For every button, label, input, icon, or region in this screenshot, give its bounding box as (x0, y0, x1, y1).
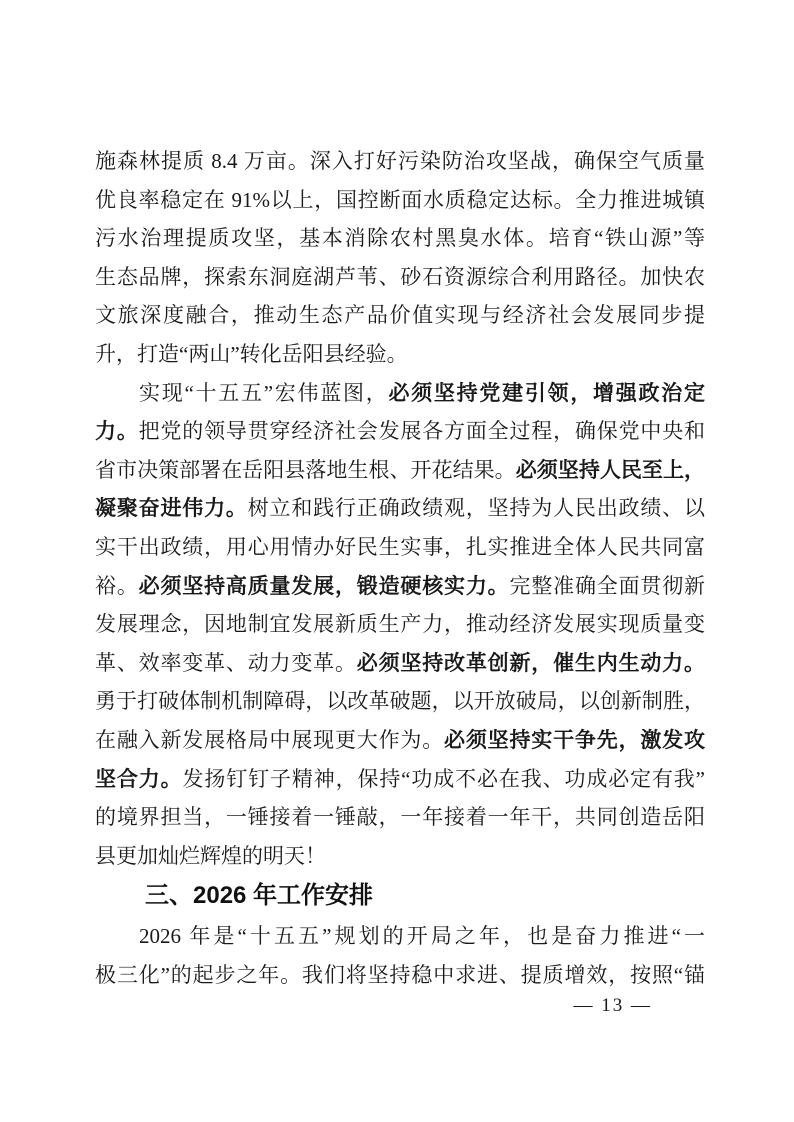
text-run: 的境界担当，一锤接着一锤敲，一年接着一年干，共同创造岳阳 (95, 805, 705, 829)
text-run: 县更加灿烂辉煌的明天！ (95, 844, 326, 868)
text-line: 力。把党的领导贯穿经济社会发展各方面全过程，确保党中央和 (95, 412, 705, 451)
text-line: 升，打造“两山”转化岳阳县经验。 (95, 335, 705, 374)
text-run: 裕。 (95, 574, 139, 598)
text-run: 勇于打破体制机制障碍，以改革破题，以开放破局，以创新制胜， (95, 689, 705, 713)
text-line: 文旅深度融合，推动生态产品价值实现与经济社会发展同步提 (95, 296, 705, 335)
paragraph-ecology-continuation: 施森林提质 8.4 万亩。深入打好污染防治攻坚战，确保空气质量优良率稳定在 91… (95, 142, 705, 374)
text-line: 勇于打破体制机制障碍，以改革破题，以开放破局，以创新制胜， (95, 682, 705, 721)
document-body: 施森林提质 8.4 万亩。深入打好污染防治攻坚战，确保空气质量优良率稳定在 91… (95, 142, 705, 994)
page-number: — 13 — (574, 994, 653, 1018)
text-line: 革、效率变革、动力变革。必须坚持改革创新，催生内生动力。 (95, 644, 705, 683)
text-line: 污水治理提质攻坚，基本消除农村黑臭水体。培育“铁山源”等 (95, 219, 705, 258)
text-line: 省市决策部署在岳阳县落地生根、开花结果。必须坚持人民至上， (95, 451, 705, 490)
text-run: 污水治理提质攻坚，基本消除农村黑臭水体。培育“铁山源”等 (95, 226, 705, 250)
text-run: 发展理念，因地制宜发展新质生产力，推动经济发展实现质量变 (95, 612, 705, 636)
text-line: 凝聚奋进伟力。树立和践行正确政绩观，坚持为人民出政绩、以 (95, 489, 705, 528)
text-run: 革、效率变革、动力变革。 (95, 651, 357, 675)
text-run: 必须坚持改革创新，催生内生动力。 (357, 651, 705, 675)
text-run: 实现“十五五”宏伟蓝图， (139, 381, 388, 405)
text-run: 升，打造“两山”转化岳阳县经验。 (95, 342, 408, 366)
text-line: 裕。必须坚持高质量发展，锻造硬核实力。完整准确全面贯彻新 (95, 567, 705, 606)
section-heading-2026-work-plan: 三、2026 年工作安排 (95, 875, 705, 917)
text-run: 省市决策部署在岳阳县落地生根、开花结果。 (95, 458, 516, 482)
document-page: 施森林提质 8.4 万亩。深入打好污染防治攻坚战，确保空气质量优良率稳定在 91… (0, 0, 794, 1122)
paragraph-five-musts: 实现“十五五”宏伟蓝图，必须坚持党建引领，增强政治定力。把党的领导贯穿经济社会发… (95, 374, 705, 876)
text-line: 坚合力。发扬钉钉子精神，保持“功成不必在我、功成必定有我” (95, 760, 705, 799)
text-line: 在融入新发展格局中展现更大作为。必须坚持实干争先，激发攻 (95, 721, 705, 760)
text-line: 发展理念，因地制宜发展新质生产力，推动经济发展实现质量变 (95, 605, 705, 644)
text-run: 文旅深度融合，推动生态产品价值实现与经济社会发展同步提 (95, 303, 705, 327)
text-run: 力。 (95, 419, 139, 443)
text-line: 实现“十五五”宏伟蓝图，必须坚持党建引领，增强政治定 (95, 374, 705, 413)
text-line: 极三化”的起步之年。我们将坚持稳中求进、提质增效，按照“锚 (95, 956, 705, 995)
text-run: 实干出政绩，用心用情办好民生实事，扎实推进全体人民共同富 (95, 535, 705, 559)
text-run: 施森林提质 8.4 万亩。深入打好污染防治攻坚战，确保空气质量 (95, 149, 705, 173)
text-run: 优良率稳定在 91%以上，国控断面水质稳定达标。全力推进城镇 (95, 188, 705, 212)
text-run: 生态品牌，探索东洞庭湖芦苇、砂石资源综合利用路径。加快农 (95, 265, 705, 289)
text-line: 优良率稳定在 91%以上，国控断面水质稳定达标。全力推进城镇 (95, 181, 705, 220)
text-run: 必须坚持实干争先，激发攻 (444, 728, 705, 752)
text-line: 生态品牌，探索东洞庭湖芦苇、砂石资源综合利用路径。加快农 (95, 258, 705, 297)
text-run: 发扬钉钉子精神，保持“功成不必在我、功成必定有我” (182, 767, 705, 791)
text-run: 完整准确全面贯彻新 (510, 574, 706, 598)
text-line: 实干出政绩，用心用情办好民生实事，扎实推进全体人民共同富 (95, 528, 705, 567)
text-run: 2026 年是“十五五”规划的开局之年，也是奋力推进“一 (139, 924, 705, 948)
text-line: 的境界担当，一锤接着一锤敲，一年接着一年干，共同创造岳阳 (95, 798, 705, 837)
text-line: 施森林提质 8.4 万亩。深入打好污染防治攻坚战，确保空气质量 (95, 142, 705, 181)
text-line: 2026 年是“十五五”规划的开局之年，也是奋力推进“一 (95, 917, 705, 956)
text-line: 县更加灿烂辉煌的明天！ (95, 837, 705, 876)
paragraph-2026-opening: 2026 年是“十五五”规划的开局之年，也是奋力推进“一极三化”的起步之年。我们… (95, 917, 705, 994)
text-run: 在融入新发展格局中展现更大作为。 (95, 728, 444, 752)
text-run: 必须坚持党建引领，增强政治定 (388, 381, 705, 405)
text-run: 极三化”的起步之年。我们将坚持稳中求进、提质增效，按照“锚 (95, 963, 705, 987)
text-run: 必须坚持人民至上， (516, 458, 705, 482)
text-run: 凝聚奋进伟力。 (95, 496, 248, 520)
text-run: 坚合力。 (95, 767, 182, 791)
text-run: 把党的领导贯穿经济社会发展各方面全过程，确保党中央和 (139, 419, 705, 443)
text-run: 必须坚持高质量发展，锻造硬核实力。 (139, 574, 510, 598)
text-run: 树立和践行正确政绩观，坚持为人民出政绩、以 (248, 496, 705, 520)
